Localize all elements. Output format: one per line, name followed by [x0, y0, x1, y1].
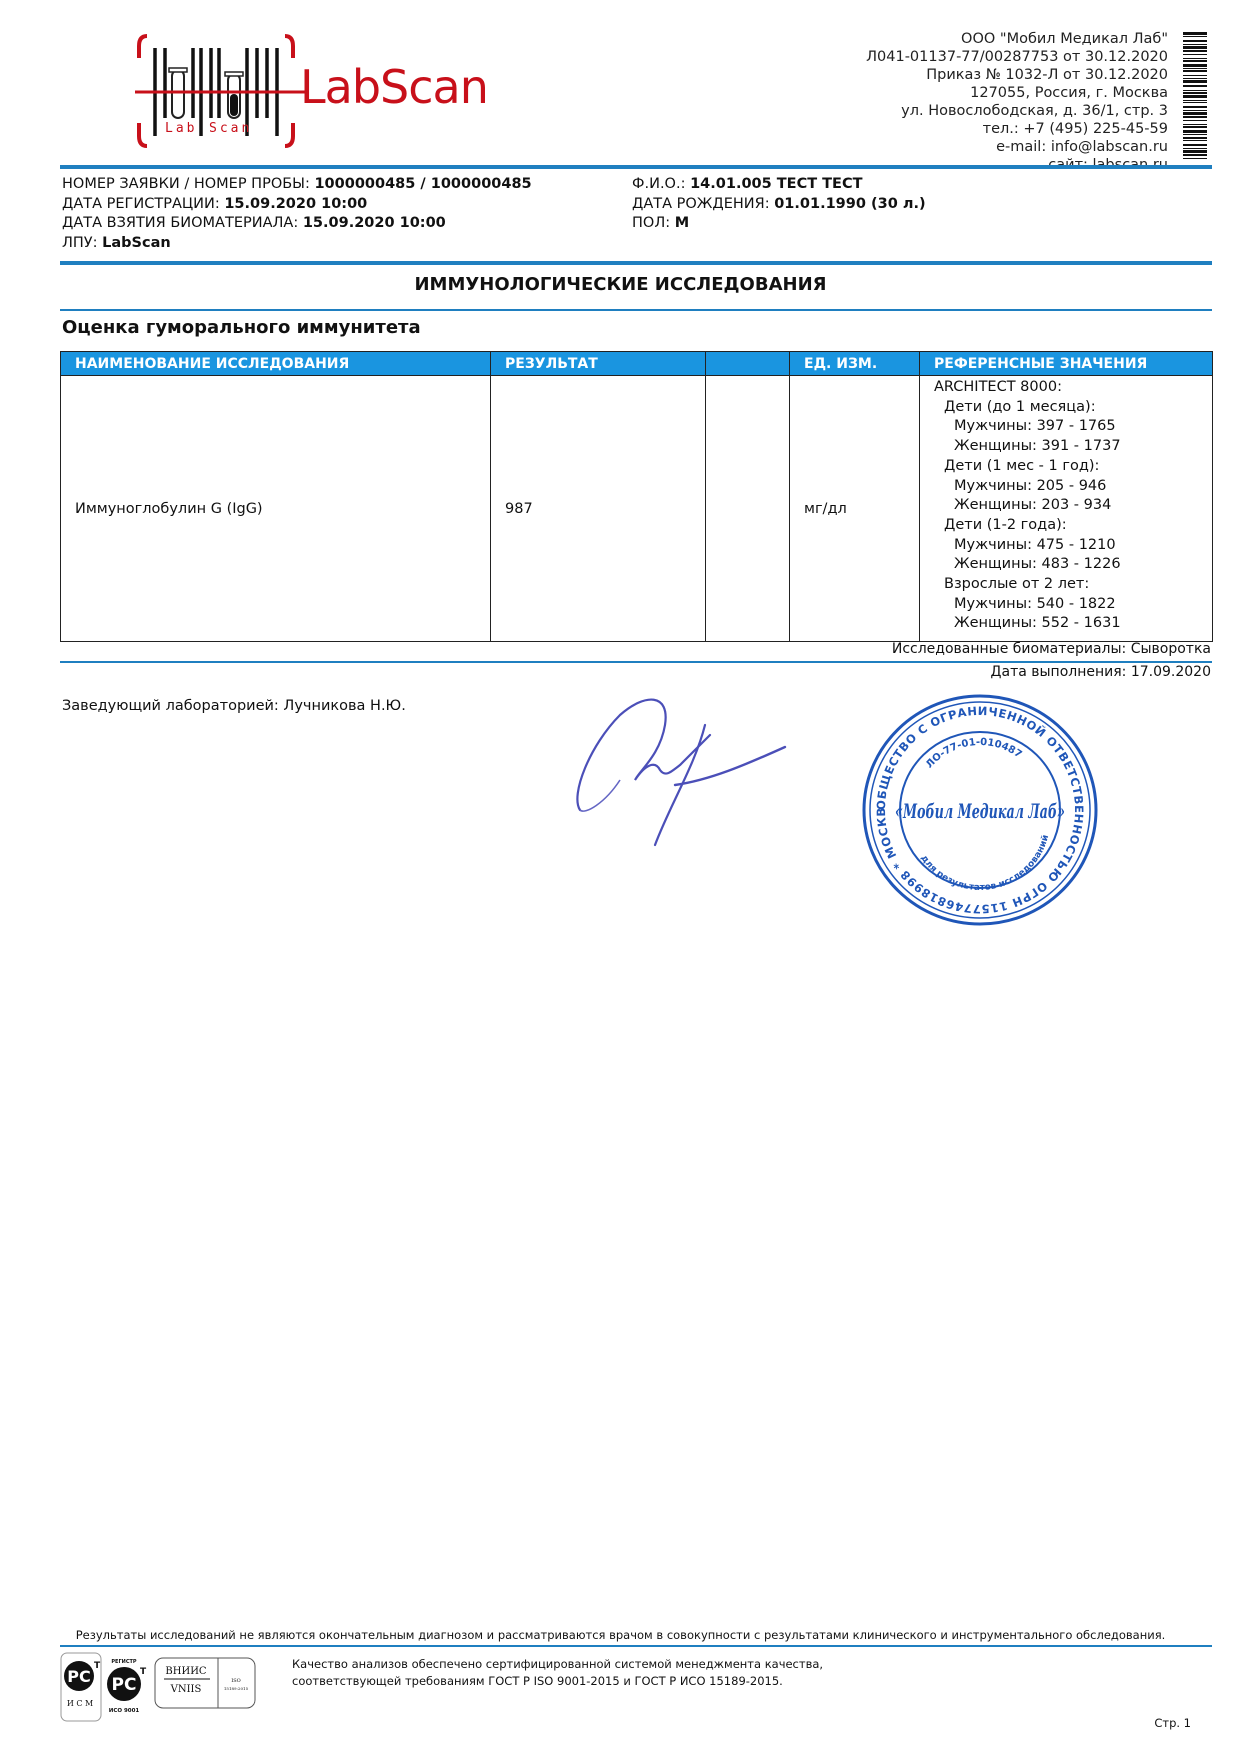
svg-text:И С М: И С М: [67, 1699, 93, 1708]
signature-icon: [560, 685, 800, 860]
dob-value: 01.01.1990 (30 л.): [774, 196, 925, 212]
svg-text:Scan: Scan: [209, 121, 252, 136]
reference-line: Женщины: 552 - 1631: [934, 614, 1212, 634]
logo-wordmark: LabScan: [300, 60, 488, 114]
patient-name: 14.01.005 ТЕСТ ТЕСТ: [690, 176, 862, 192]
col-reference: РЕФЕРЕНСНЫЕ ЗНАЧЕНИЯ: [920, 352, 1213, 376]
svg-text:Т: Т: [94, 1661, 101, 1671]
stamp-icon: ОБЩЕСТВО С ОГРАНИЧЕННОЙ ОТВЕТСТВЕННОСТЬЮ…: [860, 690, 1100, 930]
col-flag: [706, 352, 790, 376]
biomaterial-divider: [60, 661, 1212, 663]
col-unit: ЕД. ИЗМ.: [790, 352, 920, 376]
barcode-tube-icon: Lab Scan: [135, 28, 305, 153]
svg-text:VNIIS: VNIIS: [170, 1684, 202, 1695]
reference-line: Мужчины: 397 - 1765: [934, 417, 1212, 437]
svg-text:для результатов исследований: для результатов исследований: [918, 834, 1051, 893]
company-city: 127055, Россия, г. Москва: [866, 84, 1168, 102]
svg-text:Т: Т: [140, 1667, 147, 1677]
reference-line: Мужчины: 475 - 1210: [934, 536, 1212, 556]
certification-logos-icon: PC Т И С М РЕГИСТР PC Т ИСО 9001 ВНИИС V…: [60, 1652, 280, 1724]
footer-divider: [60, 1645, 1212, 1647]
svg-text:Lab: Lab: [165, 121, 197, 136]
vertical-barcode-icon: [1183, 32, 1207, 160]
lpu-value: LabScan: [102, 235, 171, 251]
patient-info: Ф.И.О.: 14.01.005 ТЕСТ ТЕСТ ДАТА РОЖДЕНИ…: [632, 175, 926, 234]
test-name: Иммуноглобулин G (IgG): [61, 376, 491, 642]
col-result: РЕЗУЛЬТАТ: [491, 352, 706, 376]
quality-line-2: соответствующей требованиям ГОСТ Р ISO 9…: [292, 1673, 823, 1690]
company-phone: тел.: +7 (495) 225-45-59: [866, 120, 1168, 138]
test-result: 987: [491, 376, 706, 642]
test-unit: мг/дл: [790, 376, 920, 642]
reference-line: Мужчины: 205 - 946: [934, 477, 1212, 497]
reference-line: Женщины: 483 - 1226: [934, 555, 1212, 575]
reg-date: 15.09.2020 10:00: [224, 196, 367, 212]
table-row: Иммуноглобулин G (IgG) 987 мг/дл ARCHITE…: [61, 376, 1213, 642]
svg-text:PC: PC: [112, 1675, 137, 1695]
section-title: ИММУНОЛОГИЧЕСКИЕ ИССЛЕДОВАНИЯ: [0, 274, 1241, 295]
reference-values: ARCHITECT 8000:Дети (до 1 месяца):Мужчин…: [920, 376, 1213, 642]
company-street: ул. Новослободская, д. 36/1, стр. 3: [866, 102, 1168, 120]
sex-label: ПОЛ:: [632, 215, 670, 231]
info-divider: [60, 261, 1212, 265]
table-header-row: НАИМЕНОВАНИЕ ИССЛЕДОВАНИЯ РЕЗУЛЬТАТ ЕД. …: [61, 352, 1213, 376]
test-flag: [706, 376, 790, 642]
header-divider: [60, 165, 1212, 169]
sample-date: 15.09.2020 10:00: [303, 215, 446, 231]
reference-line: Дети (до 1 месяца):: [934, 398, 1212, 418]
svg-text:15189:2015: 15189:2015: [224, 1686, 249, 1691]
sex-value: М: [675, 215, 689, 231]
company-email: e-mail: info@labscan.ru: [866, 138, 1168, 156]
order-info: НОМЕР ЗАЯВКИ / НОМЕР ПРОБЫ: 1000000485 /…: [62, 175, 532, 253]
reference-line: Взрослые от 2 лет:: [934, 575, 1212, 595]
company-license: Л041-01137-77/00287753 от 30.12.2020: [866, 48, 1168, 66]
patient-name-label: Ф.И.О.:: [632, 176, 685, 192]
labscan-logo: Lab Scan LabScan: [135, 28, 505, 153]
company-name: ООО "Мобил Медикал Лаб": [866, 30, 1168, 48]
quality-statement: Качество анализов обеспечено сертифициро…: [292, 1656, 823, 1690]
reference-line: ARCHITECT 8000:: [934, 378, 1212, 398]
company-details: ООО "Мобил Медикал Лаб" Л041-01137-77/00…: [866, 30, 1168, 174]
reference-line: Мужчины: 540 - 1822: [934, 595, 1212, 615]
section-divider: [60, 309, 1212, 311]
svg-text:«Мобил Медикал Лаб»: «Мобил Медикал Лаб»: [895, 799, 1065, 823]
reference-line: Женщины: 391 - 1737: [934, 437, 1212, 457]
completion-date: Дата выполнения: 17.09.2020: [991, 664, 1211, 680]
biomaterial-note: Исследованные биоматериалы: Сыворотка: [892, 641, 1211, 657]
reference-line: Дети (1-2 года):: [934, 516, 1212, 536]
svg-text:ИСО 9001: ИСО 9001: [109, 1708, 140, 1714]
svg-text:ВНИИС: ВНИИС: [165, 1666, 207, 1677]
order-number: 1000000485 / 1000000485: [314, 176, 531, 192]
head-of-lab: Заведующий лабораторией: Лучникова Н.Ю.: [62, 698, 406, 714]
results-table: НАИМЕНОВАНИЕ ИССЛЕДОВАНИЯ РЕЗУЛЬТАТ ЕД. …: [60, 351, 1213, 642]
lpu-label: ЛПУ:: [62, 235, 98, 251]
svg-text:PC: PC: [67, 1667, 90, 1686]
quality-line-1: Качество анализов обеспечено сертифициро…: [292, 1656, 823, 1673]
svg-text:ISO: ISO: [231, 1678, 241, 1684]
dob-label: ДАТА РОЖДЕНИЯ:: [632, 196, 770, 212]
disclaimer: Результаты исследований не являются окон…: [0, 1628, 1241, 1642]
col-test-name: НАИМЕНОВАНИЕ ИССЛЕДОВАНИЯ: [61, 352, 491, 376]
reference-line: Женщины: 203 - 934: [934, 496, 1212, 516]
sample-date-label: ДАТА ВЗЯТИЯ БИОМАТЕРИАЛА:: [62, 215, 298, 231]
group-title: Оценка гуморального иммунитета: [62, 317, 421, 338]
page-number: Стр. 1: [1154, 1716, 1191, 1730]
reference-line: Дети (1 мес - 1 год):: [934, 457, 1212, 477]
order-label: НОМЕР ЗАЯВКИ / НОМЕР ПРОБЫ:: [62, 176, 310, 192]
company-order: Приказ № 1032-Л от 30.12.2020: [866, 66, 1168, 84]
reg-date-label: ДАТА РЕГИСТРАЦИИ:: [62, 196, 220, 212]
svg-text:РЕГИСТР: РЕГИСТР: [111, 1659, 137, 1665]
